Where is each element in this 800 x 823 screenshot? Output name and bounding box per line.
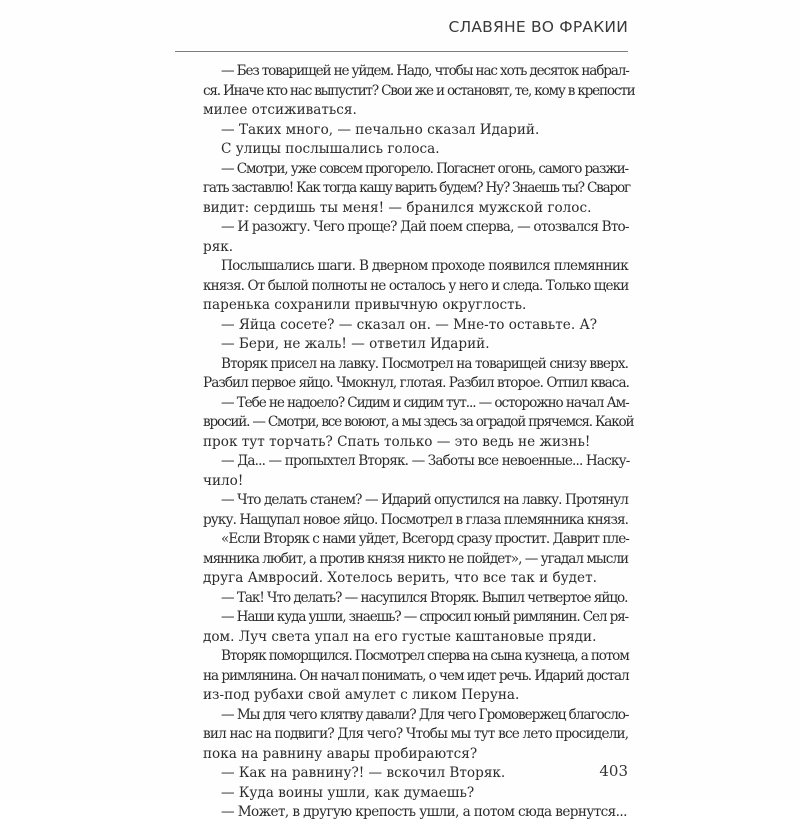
- header-rule: [175, 51, 628, 52]
- body-text: — Без товарищей не уйдем. Надо, чтобы на…: [203, 62, 628, 800]
- text-line: вил нас на подвиги? Для чего? Чтобы мы т…: [203, 725, 628, 745]
- text-line: — Так! Что делать? — насупился Вторяк. В…: [203, 589, 628, 609]
- text-line: «Если Вторяк с нами уйдет, Всегорд сразу…: [203, 530, 628, 550]
- text-line: дом. Луч света упал на его густые каштан…: [203, 628, 628, 648]
- text-line: Разбил первое яйцо. Чмокнул, глотая. Раз…: [203, 374, 628, 394]
- text-line: гать заставлю! Как тогда кашу варить буд…: [203, 179, 628, 199]
- text-line: — Мы для чего клятву давали? Для чего Гр…: [203, 706, 628, 726]
- text-line: — Без товарищей не уйдем. Надо, чтобы на…: [203, 62, 628, 82]
- text-line: — И разожгу. Чего проще? Дай поем сперва…: [203, 218, 628, 238]
- text-line: — Куда воины ушли, как думаешь?: [203, 784, 628, 801]
- text-line: мянника любит, а против князя никто не п…: [203, 550, 628, 570]
- text-line: из-под рубахи свой амулет с ликом Перуна…: [203, 686, 628, 706]
- text-line: — Таких много, — печально сказал Идарий.: [203, 121, 628, 141]
- text-line: ся. Иначе кто нас выпустит? Свои же и ос…: [203, 82, 628, 102]
- text-line: Послышались шаги. В дверном проходе появ…: [203, 257, 628, 277]
- text-line: друга Амвросий. Хотелось верить, что все…: [203, 569, 628, 589]
- text-line: Вторяк поморщился. Посмотрел сперва на с…: [203, 647, 628, 667]
- text-line: Вторяк присел на лавку. Посмотрел на тов…: [203, 355, 628, 375]
- book-page: СЛАВЯНЕ ВО ФРАКИИ — Без товарищей не уйд…: [0, 0, 800, 800]
- text-line: руку. Нащупал новое яйцо. Посмотрел в гл…: [203, 511, 628, 531]
- text-line: С улицы послышались голоса.: [203, 140, 628, 160]
- text-line: — Что делать станем? — Идарий опустился …: [203, 491, 628, 511]
- text-line: — Наши куда ушли, знаешь? — спросил юный…: [203, 608, 628, 628]
- text-line: прок тут торчать? Спать только — это вед…: [203, 433, 628, 453]
- text-line: чило!: [203, 472, 628, 492]
- text-line: вросий. — Смотри, все воюют, а мы здесь …: [203, 413, 628, 433]
- text-line: — Бери, не жаль! — ответил Идарий.: [203, 335, 628, 355]
- text-line: — Смотри, уже совсем прогорело. Погаснет…: [203, 160, 628, 180]
- page-number: 403: [560, 762, 628, 780]
- text-line: — Тебе не надоело? Сидим и сидим тут... …: [203, 394, 628, 414]
- text-line: — Яйца сосете? — сказал он. — Мне-то ост…: [203, 316, 628, 336]
- text-line: на римлянина. Он начал понимать, о чем и…: [203, 667, 628, 687]
- running-header: СЛАВЯНЕ ВО ФРАКИИ: [203, 18, 628, 36]
- text-line: паренька сохранили привычную округлость.: [203, 296, 628, 316]
- text-line: князя. От былой полноты не осталось у не…: [203, 277, 628, 297]
- text-line: — Да... — пропыхтел Вторяк. — Заботы все…: [203, 452, 628, 472]
- text-line: ряк.: [203, 238, 628, 258]
- text-line: видит: сердишь ты меня! — бранился мужск…: [203, 199, 628, 219]
- text-line: милее отсиживаться.: [203, 101, 628, 121]
